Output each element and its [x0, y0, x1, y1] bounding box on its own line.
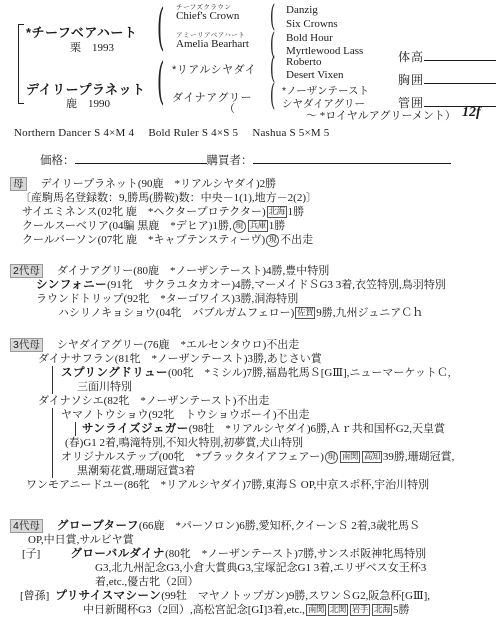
pedigree-table: *チーフベアハート 栗 1993 ( ( チーフズクラウン Chief's Cr…	[10, 0, 492, 172]
g3dam-label: 3代母	[10, 338, 43, 352]
offspring-line-cont: OP,中日賞,サルビヤ賞	[10, 533, 492, 547]
gg-bold-hour: Bold Hour	[286, 32, 333, 44]
price-blank	[75, 152, 207, 164]
region-tag-saga: 佐賀	[295, 307, 315, 319]
gg-roberto: Roberto	[286, 56, 321, 68]
height-field: 体高	[398, 48, 496, 65]
stakes-winner-name: プリサイスマシーン	[55, 590, 161, 602]
chest-label: 胸囲	[398, 73, 424, 87]
g3dam-section: 3代母シヤダイアグリー(76鹿 *エルセンタウロ)不出走 ダイナサフラン(81牝…	[10, 338, 492, 492]
region-tag-nankan: 南関	[340, 451, 360, 463]
relation-tag-greatgrandchild: [曾孫]	[20, 590, 49, 602]
offspring-line: サンライズジェガー(98牡 *リアルシヤダイ)6勝,Ａｒ共和国杯G2,天皇賞	[76, 422, 492, 436]
price-label: 価格：	[40, 155, 75, 167]
dam-coat-year: 鹿 1990	[66, 95, 110, 111]
pedigree-outer-bracket	[18, 24, 24, 104]
mare-heading-text: デイリープラネット(90鹿 *リアルシヤダイ)2勝	[41, 178, 277, 190]
stakes-winner-name: サンライズジェガー	[82, 423, 189, 435]
region-tag-hokkai: 北海	[267, 206, 287, 218]
region-tag-kochi: 高知	[362, 451, 382, 463]
mare-section: 母デイリープラネット(90鹿 *リアルシヤダイ)2勝 〔産駒馬名登録数：9,勝馬…	[10, 177, 492, 247]
produce-record: 〔産駒馬名登録数：9,勝馬(勝鞍)数：中央－1(1),地方－2(2)〕	[10, 191, 492, 205]
dam-parents-brace: (	[157, 56, 164, 106]
mare-label: 母	[10, 177, 27, 191]
stakes-winner-name: シンフォニー	[36, 279, 107, 291]
family-number: 12f	[462, 105, 481, 121]
chest-blank	[424, 72, 496, 84]
inbreeding-line: Northern Dancer S 4×M 4 Bold Ruler S 4×S…	[14, 124, 329, 140]
gg-danzig: Danzig	[286, 4, 318, 16]
family-note: ～ *ロイヤルアグリーメント）	[306, 107, 456, 123]
height-label: 体高	[398, 50, 424, 64]
offspring-line: ワンモアニードユー(86牝 *リアルシヤダイ)7勝,東海Ｓ OP,中京スポ杯,宇…	[10, 478, 492, 492]
g4dam-label: 4代母	[10, 519, 43, 533]
region-tag-kitakan: 北関	[328, 604, 348, 616]
chest-field: 胸囲	[398, 71, 496, 88]
sire-parents-brace: (	[157, 2, 164, 52]
offspring-line-cont: 着,etc.,優古牝（2回）	[10, 575, 492, 589]
tree-branch: スプリングドリュー(00牝 *ミシル)7勝,福島牝馬Ｓ[GⅢ],ニューマーケット…	[52, 366, 492, 394]
catalog-page: *チーフベアハート 栗 1993 ( ( チーフズクラウン Chief's Cr…	[0, 0, 500, 620]
granddam-heading: 2代母ダイナアグリー(80鹿 *ノーザンテースト)4勝,豊中特別	[10, 264, 492, 278]
offspring-line: [子]グローバルダイナ(80牝 *ノーザンテースト)7勝,サンスポ阪神牝馬特別	[10, 547, 492, 561]
offspring-line: ラウンドトリップ(92牝 *ターゴワイス)3勝,洞海特別	[10, 292, 492, 306]
buyer-label: 購買者：	[207, 155, 253, 167]
gg-brace-4: (	[270, 81, 275, 111]
offspring-line: スプリングドリュー(00牝 *ミシル)7勝,福島牝馬Ｓ[GⅢ],ニューマーケット…	[53, 366, 492, 380]
mare-heading: 母デイリープラネット(90鹿 *リアルシヤダイ)2勝	[10, 177, 492, 191]
stakes-winner-name: スプリングドリュー	[61, 367, 168, 379]
offspring-line: ハシリノキョショウ(04牝 バブルガムフェロー)佐賀9勝,九州ジュニアＣｈ	[10, 306, 492, 320]
price-row: 価格：購買者：	[40, 152, 451, 168]
buyer-blank	[253, 152, 451, 164]
active-tag: 現	[233, 220, 246, 233]
cannon-blank	[424, 95, 496, 107]
g3dam-heading: 3代母シヤダイアグリー(76鹿 *エルセンタウロ)不出走	[10, 338, 492, 352]
offspring-line: オリジナルステップ(00牝 *ブラックタイアフェアー)現南関高知39勝,珊瑚冠賞…	[53, 450, 492, 464]
gg-desert-vixen: Desert Vixen	[286, 69, 343, 81]
region-tag-iwate: 岩手	[350, 604, 370, 616]
offspring-line-cont: 中日新聞杯G3（2回）,高松宮記念[GⅠ]3着,etc.,南関北関岩手北海5勝	[10, 603, 492, 617]
offspring-line: ダイナソシエ(82牝 *ノーザンテースト)不出走	[10, 394, 492, 408]
stakes-winner-name: グローバルダイナ	[70, 548, 165, 560]
offspring-line: [曾孫]プリサイスマシーン(99牡 マヤノトップガン)9勝,スワンＳG2,阪急杯…	[10, 589, 492, 603]
active-tag: 現	[325, 451, 338, 464]
tree-branch: サンライズジェガー(98牡 *リアルシヤダイ)6勝,Ａｒ共和国杯G2,天皇賞	[75, 422, 492, 436]
family-note-open-paren: （	[224, 100, 235, 116]
region-tag-hyogo: 兵庫	[248, 220, 268, 232]
offspring-line: ヤマノトウショウ(92牝 トウショウボーイ)不出走	[53, 408, 492, 422]
sire-coat-year: 栗 1993	[70, 39, 114, 55]
tree-branch: ヤマノトウショウ(92牝 トウショウボーイ)不出走 サンライズジェガー(98牡 …	[52, 408, 492, 478]
offspring-line-cont: 三面川特別	[53, 380, 492, 394]
offspring-line: クールバーソン(07牝 鹿 *キャプテンスティーヴ)現不出走	[10, 233, 492, 247]
sire-dam-name: Amelia Bearhart	[176, 38, 249, 50]
dam-dam-name: ダイナアグリー	[172, 89, 252, 105]
relation-tag-child: [子]	[22, 548, 40, 560]
height-blank	[424, 49, 496, 61]
region-tag-hokkai: 北海	[372, 604, 392, 616]
offspring-line: ダイナサフラン(81牝 *ノーザンテースト)3勝,あじさい賞	[10, 352, 492, 366]
offspring-line: シンフォニー(91牝 サクラユタカオー)4勝,マーメイドＳG3 3着,衣笠特別,…	[10, 278, 492, 292]
offspring-line: クールスーベリア(04騙 黒鹿 *デヒア)1勝,現兵庫1勝	[10, 219, 492, 233]
active-tag: 現	[266, 234, 279, 247]
offspring-line: サイエミネンス(02牝 鹿 *ヘクタープロテクター)北海1勝	[10, 205, 492, 219]
region-tag-nankan: 南関	[306, 604, 326, 616]
offspring-line-cont: G3,北九州記念G3,小倉大賞典G3,宝塚記念G1 3着,エリザベス女王杯3	[10, 561, 492, 575]
g4dam-heading: 4代母グローブターフ(66鹿 *パーソロン)6勝,愛知杯,クイーンＳ 2着,3歳…	[10, 519, 492, 533]
gg-six-crowns: Six Crowns	[286, 18, 338, 30]
granddam-heading-text: ダイナアグリー(80鹿 *ノーザンテースト)4勝,豊中特別	[57, 265, 329, 277]
dam-sire-name: *リアルシヤダイ	[172, 61, 256, 77]
g4dam-section: 4代母グローブターフ(66鹿 *パーソロン)6勝,愛知杯,クイーンＳ 2着,3歳…	[10, 519, 492, 617]
granddam-label: 2代母	[10, 264, 43, 278]
g3dam-heading-text: シヤダイアグリー(76鹿 *エルセンタウロ)不出走	[57, 339, 299, 351]
stakes-winner-name: グローブターフ	[57, 520, 139, 532]
granddam-section: 2代母ダイナアグリー(80鹿 *ノーザンテースト)4勝,豊中特別 シンフォニー(…	[10, 264, 492, 320]
offspring-line-cont: (春)G1 2着,鳴滝特別,不知火特別,初夢賞,犬山特別	[53, 436, 492, 450]
sire-sire-name: Chief's Crown	[176, 10, 239, 22]
offspring-line-cont: 黒潮菊花賞,珊瑚冠賞3着	[53, 464, 492, 478]
